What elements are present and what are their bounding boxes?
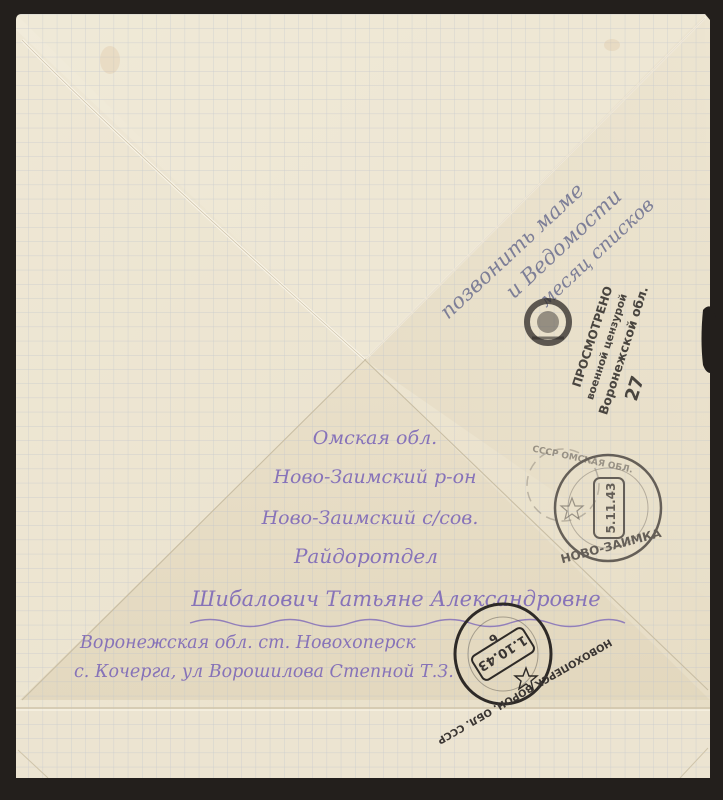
recipient-line-4: Райдоротдел bbox=[293, 544, 438, 568]
sender-line-1: Воронежская обл. ст. Новохоперск bbox=[79, 633, 416, 653]
recipient-line-3: Ново-Заимский с/сов. bbox=[261, 507, 479, 529]
recipient-line-1: Омская обл. bbox=[313, 427, 437, 449]
letter-scan: позвонить маме и Ведомости месяц списков… bbox=[0, 0, 723, 800]
recipient-name: Шибалович Татьяне Александровне bbox=[190, 587, 600, 611]
recipient-line-2: Ново-Заимский р-он bbox=[272, 466, 476, 488]
sender-line-2: с. Кочерга, ул Ворошилова Степной Т.З. bbox=[74, 662, 454, 682]
postmark-right-date: 5.11.43 bbox=[604, 483, 618, 534]
